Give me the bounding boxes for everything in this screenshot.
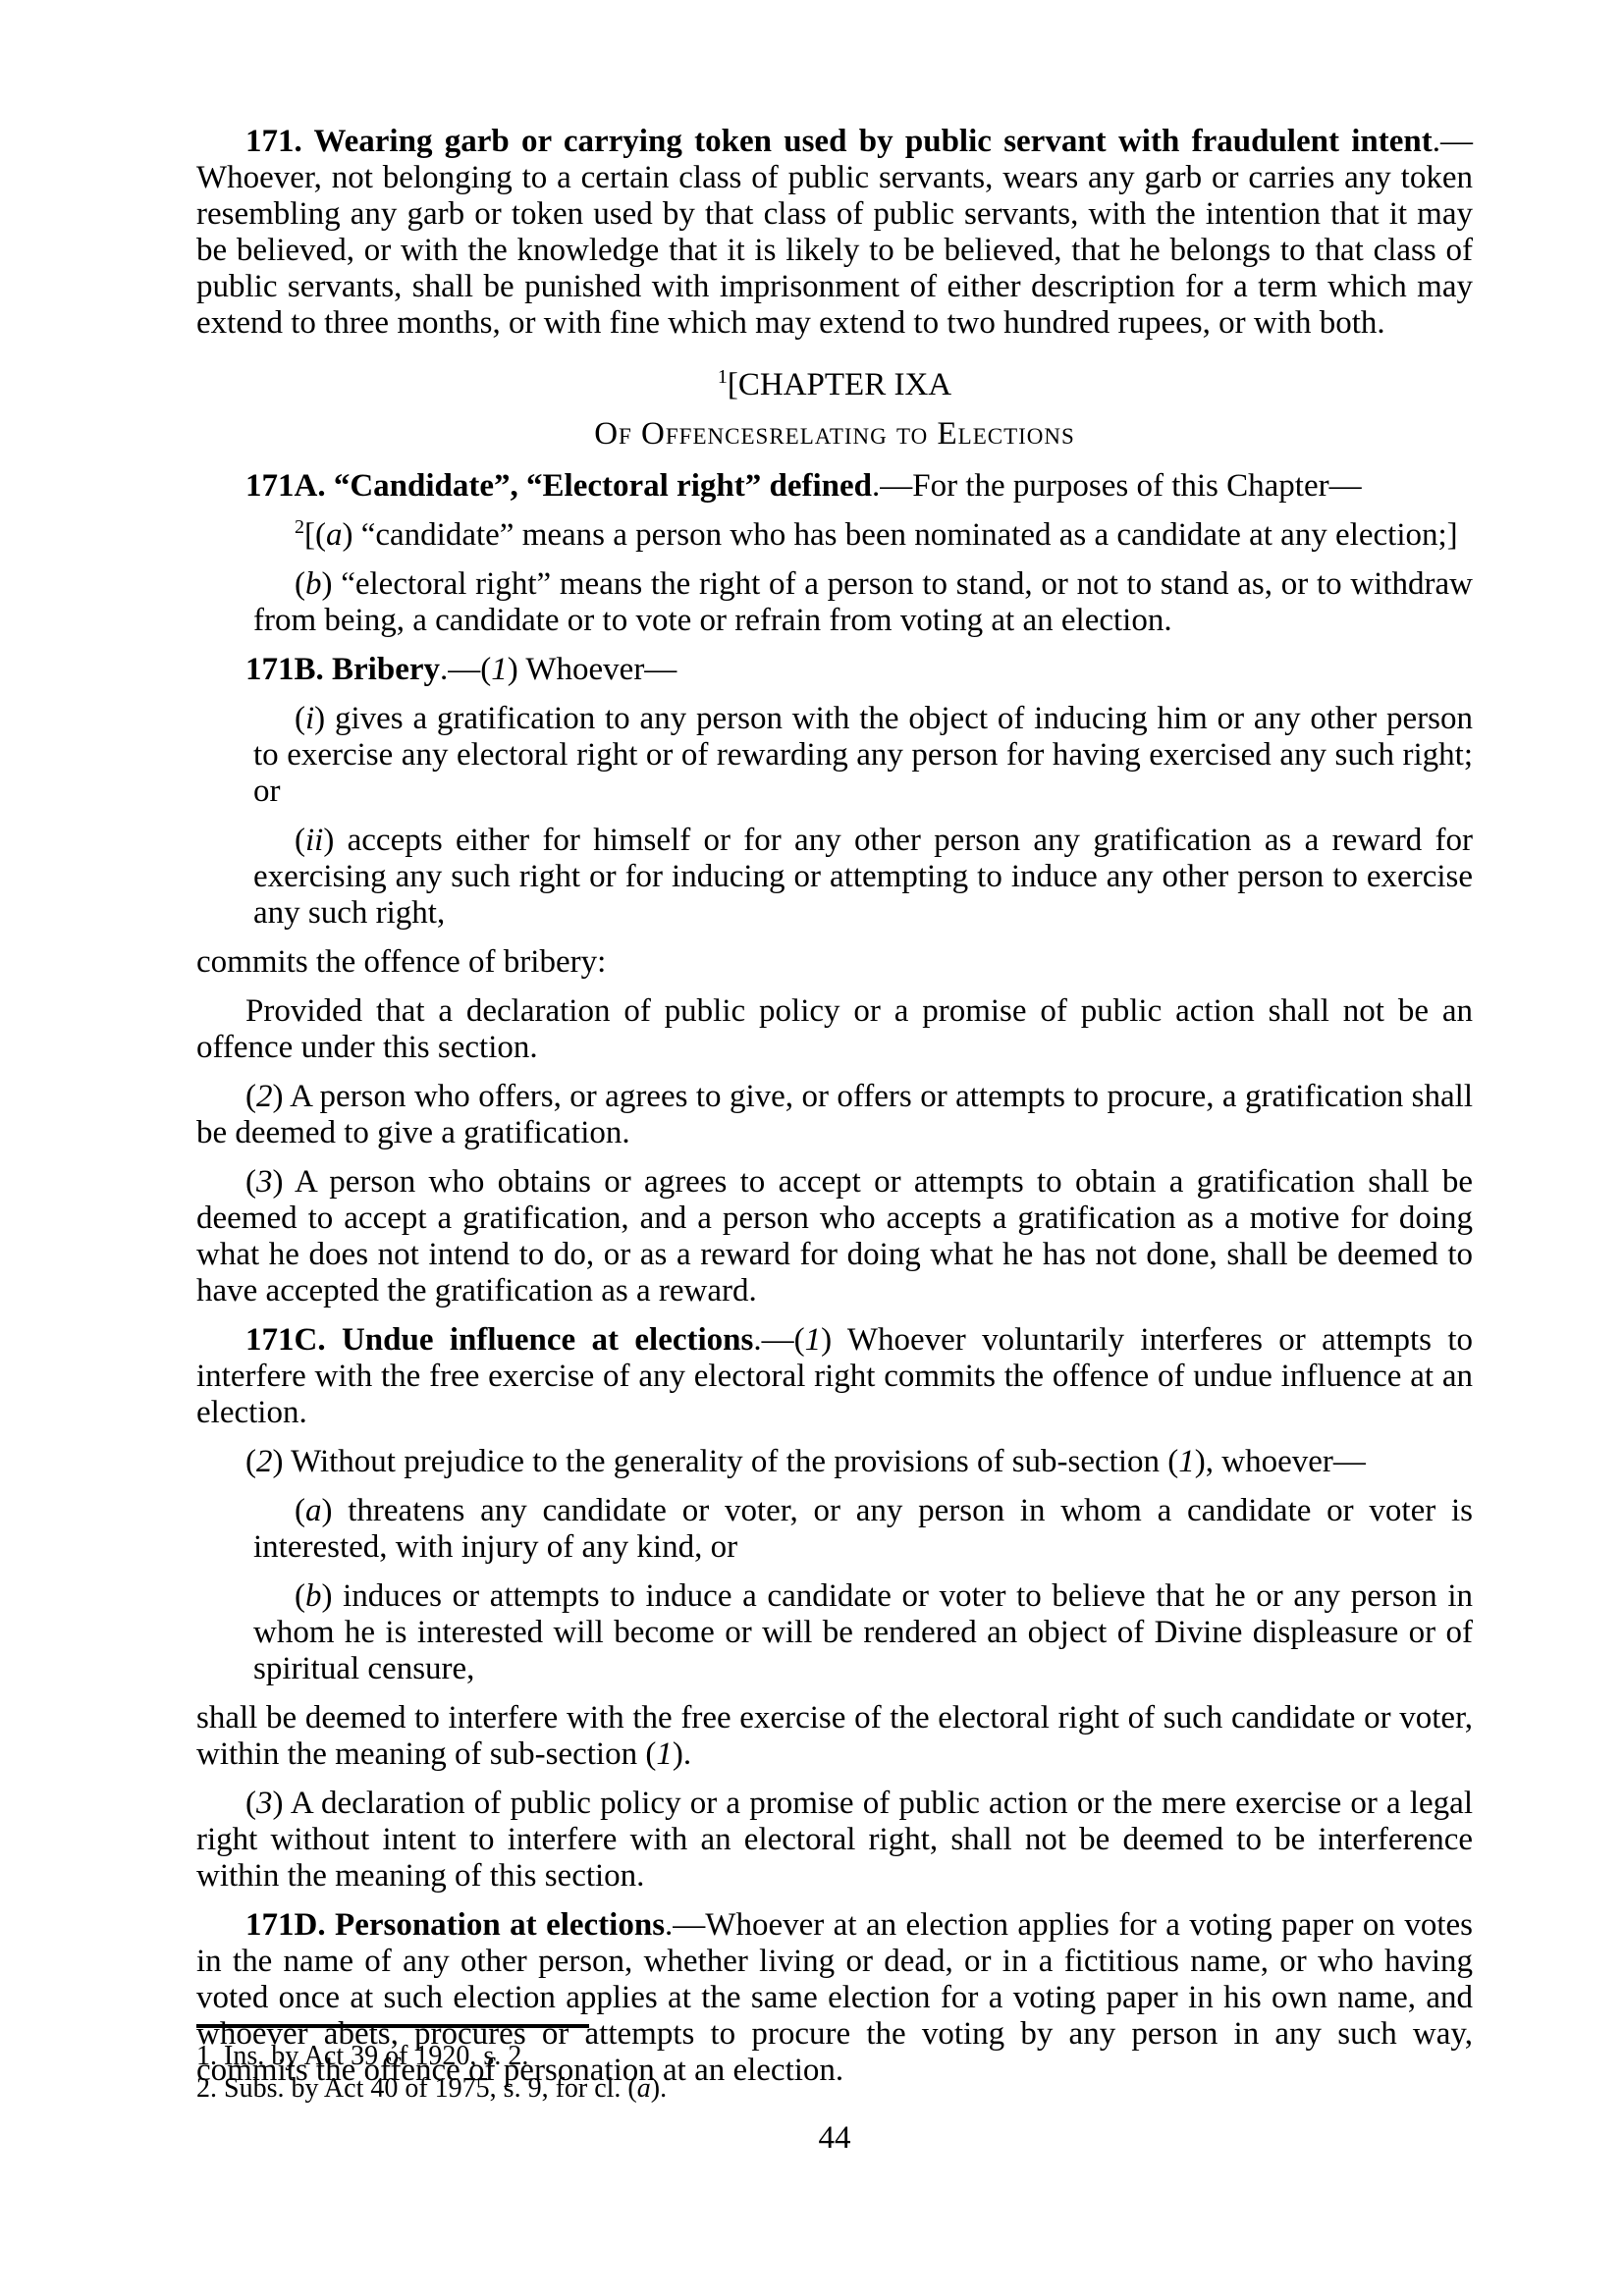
text-run: (: [295, 1493, 305, 1528]
subsection-number: 1: [805, 1322, 822, 1358]
section-171b: 171B. Bribery.—(1) Whoever—: [196, 652, 1473, 688]
text-run: ).: [673, 1736, 691, 1772]
footnote-ref-2: 2: [295, 516, 304, 538]
subsection-3-171c: (3) A declaration of public policy or a …: [196, 1786, 1473, 1895]
text-run: ) Whoever—: [508, 652, 677, 687]
text-run: ) A declaration of public policy or a pr…: [196, 1786, 1473, 1894]
text-run: (: [245, 1444, 256, 1479]
text-run: ) A person who obtains or agrees to acce…: [196, 1164, 1473, 1308]
text-run: .—(: [440, 652, 491, 687]
section-title-run: 171. Wearing garb or carrying token used…: [245, 124, 1433, 159]
statute-text-block: 171. Wearing garb or carrying token used…: [196, 124, 1473, 2102]
section-title-run: 171D. Personation at elections: [245, 1907, 665, 1943]
footnote-1: 1. Ins. by Act 39 of 1920, s. 2.: [196, 2040, 1473, 2072]
proviso-171b: Provided that a declaration of public po…: [196, 993, 1473, 1066]
clause-numeral: ii: [305, 823, 323, 858]
text-run: (: [245, 1164, 256, 1200]
section-title-run: 171A. “Candidate”, “Electoral right” def…: [245, 468, 872, 504]
text-run: (: [295, 701, 305, 736]
footnote-2: 2. Subs. by Act 40 of 1975, s. 9, for cl…: [196, 2072, 1473, 2105]
text-run: (: [245, 1786, 256, 1821]
text-run: .—(: [753, 1322, 804, 1358]
subsection-3-171b: (3) A person who obtains or agrees to ac…: [196, 1164, 1473, 1309]
text-run: 1. Ins. by Act 39 of 1920, s. 2.: [196, 2041, 528, 2071]
text-run: ) Without prejudice to the generality of…: [273, 1444, 1179, 1479]
clause-letter: a: [637, 2073, 651, 2104]
section-171a: 171A. “Candidate”, “Electoral right” def…: [196, 468, 1473, 505]
clause-i-gives: (i) gives a gratification to any person …: [253, 701, 1473, 810]
clause-letter: b: [305, 1578, 322, 1614]
section-171c: 171C. Undue influence at elections.—(1) …: [196, 1322, 1473, 1431]
section-171: 171. Wearing garb or carrying token used…: [196, 124, 1473, 342]
text-run: .—For the purposes of this Chapter—: [872, 468, 1362, 504]
chapter-title-run: [CHAPTER IXA: [728, 367, 951, 402]
clause-b-electoral-right: (b) “electoral right” means the right of…: [253, 566, 1473, 639]
text-run: shall be deemed to interfere with the fr…: [196, 1700, 1473, 1772]
clause-letter: a: [305, 1493, 322, 1528]
text-run: (: [295, 823, 305, 858]
clause-letter: b: [305, 566, 322, 602]
undue-influence-conclusion: shall be deemed to interfere with the fr…: [196, 1700, 1473, 1773]
text-run: (: [245, 1079, 256, 1114]
text-run: ) threatens any candidate or voter, or a…: [253, 1493, 1473, 1565]
text-run: ) “electoral right” means the right of a…: [253, 566, 1473, 638]
bribery-conclusion: commits the offence of bribery:: [196, 944, 1473, 981]
subsection-number: 3: [256, 1786, 273, 1821]
subsection-number: 2: [256, 1079, 273, 1114]
footnote-rule: [196, 2024, 589, 2028]
footnote-block: 1. Ins. by Act 39 of 1920, s. 2. 2. Subs…: [196, 2024, 1473, 2105]
text-run: ), whoever—: [1195, 1444, 1366, 1479]
subsection-number: 1: [491, 652, 508, 687]
subsection-number: 1: [656, 1736, 673, 1772]
clause-a-threatens: (a) threatens any candidate or voter, or…: [253, 1493, 1473, 1566]
subsection-number: 2: [256, 1444, 273, 1479]
text-run: ).: [651, 2073, 667, 2104]
clause-b-induces: (b) induces or attempts to induce a cand…: [253, 1578, 1473, 1687]
clause-letter: a: [326, 517, 343, 553]
chapter-ixa-heading: 1[CHAPTER IXA: [196, 367, 1473, 403]
subheading-run: Of Offencesrelating to Elections: [594, 416, 1075, 452]
clause-ii-accepts: (ii) accepts either for himself or for a…: [253, 823, 1473, 932]
subsection-number: 3: [256, 1164, 273, 1200]
clause-numeral: i: [305, 701, 314, 736]
subsection-2-171c: (2) Without prejudice to the generality …: [196, 1444, 1473, 1480]
text-run: ) accepts either for himself or for any …: [253, 823, 1473, 931]
text-run: ) “candidate” means a person who has bee…: [342, 517, 1457, 553]
text-run: (: [295, 1578, 305, 1614]
section-title-run: 171B. Bribery: [245, 652, 440, 687]
subsection-number: 1: [1178, 1444, 1195, 1479]
clause-a-candidate: 2[(a) “candidate” means a person who has…: [253, 517, 1473, 554]
text-run: 2. Subs. by Act 40 of 1975, s. 9, for cl…: [196, 2073, 637, 2104]
page-number: 44: [196, 2120, 1473, 2157]
section-title-run: 171C. Undue influence at elections: [245, 1322, 753, 1358]
chapter-subheading: Of Offencesrelating to Elections: [196, 416, 1473, 453]
text-run: ) A person who offers, or agrees to give…: [196, 1079, 1473, 1150]
text-run: ) gives a gratification to any person wi…: [253, 701, 1473, 809]
document-page: 171. Wearing garb or carrying token used…: [0, 0, 1624, 2296]
text-run: ) induces or attempts to induce a candid…: [253, 1578, 1473, 1686]
text-run: [(: [304, 517, 326, 553]
footnote-ref-1: 1: [718, 366, 728, 388]
text-run: commits the offence of bribery:: [196, 944, 606, 980]
text-run: Provided that a declaration of public po…: [196, 993, 1473, 1065]
text-run: (: [295, 566, 305, 602]
subsection-2-171b: (2) A person who offers, or agrees to gi…: [196, 1079, 1473, 1151]
